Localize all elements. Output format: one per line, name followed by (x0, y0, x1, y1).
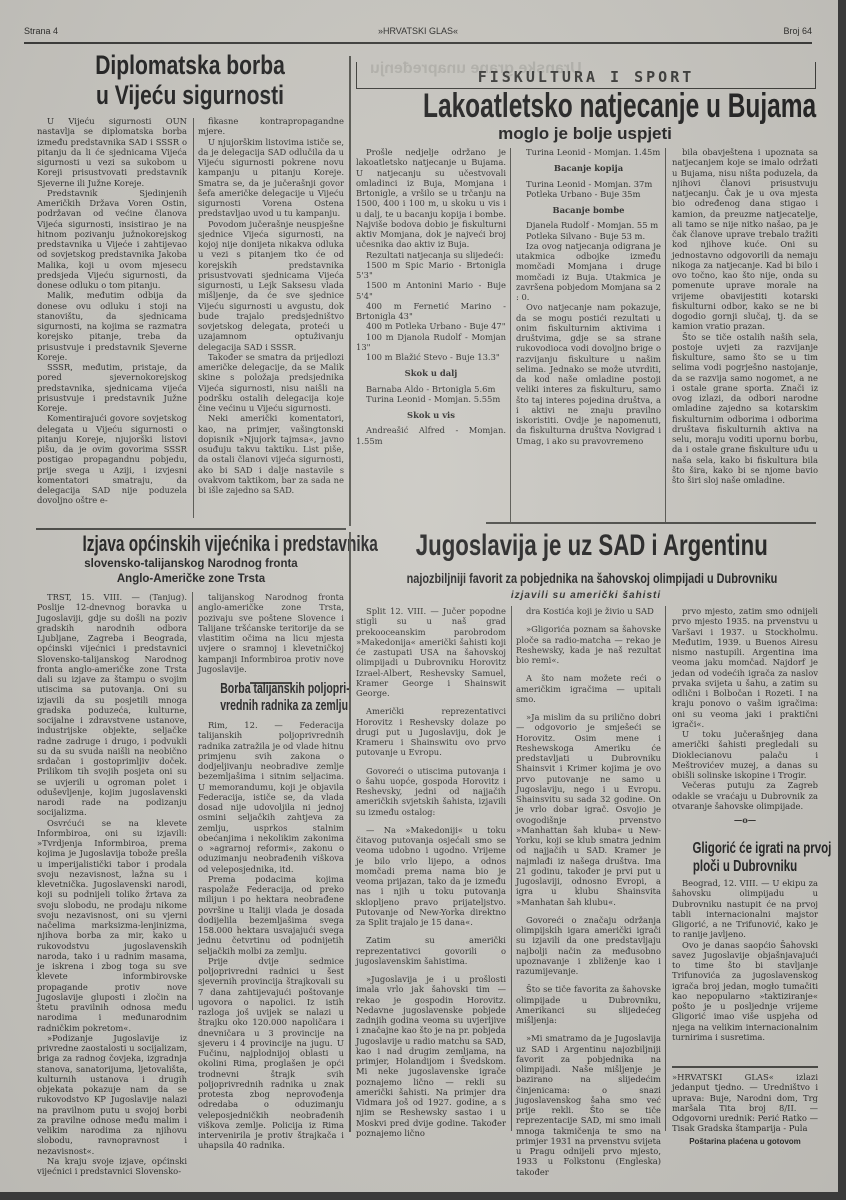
headline-line: Izjava općinskih vijećnika i predstavnik… (83, 532, 300, 556)
result-entry: 1500 m Spic Mario - Brtonigla 5'3" (356, 260, 506, 281)
paragraph: A što nam možete reći o američkim igrači… (516, 673, 661, 704)
result-entry: 1500 m Antonini Mario - Buje 5'4" (356, 280, 506, 301)
article-separator (486, 522, 816, 524)
result-entry: Potleka Urbano - Buje 35m (516, 189, 661, 199)
result-entry: Turina Leonid - Momjan. 5.55m (356, 394, 506, 404)
paragraph: U toku jučerašnjeg dana američki šahisti… (672, 729, 818, 780)
paragraph: Prema podacima kojima raspolaže Federaci… (198, 874, 344, 956)
paragraph: Predstavnik Sjedinjenih Američkih Država… (37, 188, 187, 291)
diplomacy-column-2: fikasne kontrapropagandne mjere.U njujor… (198, 116, 344, 495)
paragraph: Zatim su američki reprezentativci govori… (356, 935, 506, 966)
paragraph: Malik, međutim odbija da donese ovu odlu… (37, 290, 187, 362)
sport-column-3: bila obavještena i upoznata sa natjecanj… (672, 147, 818, 485)
headline-line: Gligorić će igrati na prvoj (692, 840, 797, 858)
column-rule (511, 606, 512, 1131)
gligoric-headline: Gligorić će igrati na prvoj ploči u Dubr… (672, 840, 818, 876)
sport-title: Lakoatletsko natjecanje u Bujama (423, 88, 747, 124)
paragraph: Komentirajući govore sovjetskog delegata… (37, 413, 187, 505)
chess-kicker: izjavili su američki šahisti (356, 590, 816, 601)
result-entry: 400 m Fernetić Marino - Brtonigla 43" (356, 301, 506, 322)
colophon-text: »HRVATSKI GLAS« izlazi jedanput tjedno. … (672, 1072, 818, 1134)
paragraph: Rezultati natjecanja su slijedeći: (356, 250, 506, 260)
chess-column-1: Split 12. VIII. — Jučer popodne stigli s… (356, 606, 506, 1138)
paragraph: »Jugoslavija je i u prošlosti imala vrlo… (356, 974, 506, 1138)
result-entry: Turina Leonid - Momjan. 1.45m (516, 147, 661, 157)
paragraph: Večeras putuju za Zagreb odakle se vraća… (672, 780, 818, 811)
result-entry: Potleka Silvano - Buje 53 m. (516, 231, 661, 241)
paragraph: talijanskog Narodnog fronta anglo-američ… (198, 592, 344, 674)
paragraph: Također se smatra da prijedlozi američke… (198, 352, 344, 414)
sport-column-2: Turina Leonid - Momjan. 1.45mBacanje kop… (516, 147, 661, 446)
paragraph: Neki američki komentatori, kao, na primj… (198, 413, 344, 495)
chess-column-3: prvo mjesto, zatim smo odnijeli prvo mje… (672, 606, 818, 825)
paragraph: U Vijeću sigurnosti OUN nastavlja se dip… (37, 116, 187, 188)
paragraph: dra Kostića koji je živio u SAD (516, 606, 661, 616)
postage-note: Poštarina plaćena u gotovom (672, 1137, 818, 1147)
chess-headline: Jugoslavija je uz SAD i Argentinu (356, 530, 816, 562)
paragraph: Što se tiče ostalih naših sela, postoje … (672, 332, 818, 486)
newspaper-page: Uranske grane unapređenju Strana 4 »HRVA… (0, 0, 838, 1192)
sport-column-1: Prošle nedjelje održano je lakoatletsko … (356, 147, 506, 446)
results-heading: Skok u vis (356, 410, 506, 420)
sport-banner: FISKULTURA I SPORT (356, 62, 816, 89)
results-heading: Bacanje bombe (516, 205, 661, 215)
headline-line: ploči u Dubrovniku (692, 858, 797, 876)
paragraph: Rim, 12. — Federacija talijanskih poljop… (198, 720, 344, 874)
paragraph: U njujorškim listovima ističe se, da je … (198, 137, 344, 219)
chess-column-2: dra Kostića koji je živio u SAD»Gligorić… (516, 606, 661, 1177)
separator-ornament: —o— (672, 815, 818, 825)
sport-headline: Lakoatletsko natjecanje u Bujama (360, 88, 810, 124)
section-rule (349, 532, 351, 1132)
trieste-column-1: TRST, 15. VIII. — (Tanjug). Poslije 12-d… (37, 592, 187, 1176)
section-rule (349, 56, 351, 526)
result-entry: Djanela Rudolf - Momjan. 55 m (516, 220, 661, 230)
trieste-headline: Izjava općinskih vijećnika i predstavnik… (36, 532, 346, 556)
paragraph: Govoreći o utiscima putovanja i o šahu u… (356, 766, 506, 817)
diplomacy-column-1: U Vijeću sigurnosti OUN nastavlja se dip… (37, 116, 187, 506)
italy-column: Rim, 12. — Federacija talijanskih poljop… (198, 720, 344, 1151)
paragraph: SSSR, međutim, pristaje, da pored sjever… (37, 362, 187, 413)
paragraph: Prošle nedjelje održano je lakoatletsko … (356, 147, 506, 250)
paragraph: bila obavještena i upoznata sa natjecanj… (672, 147, 818, 332)
headline-line: vrednih radnika za zemlju (220, 697, 324, 714)
column-rule (193, 118, 194, 518)
paragraph: Američki reprezentativci Horovitz i Resh… (356, 706, 506, 757)
headline-line: Diplomatska borba (73, 50, 307, 80)
paragraph: Na kraju svoje izjave, općinski vijećnic… (37, 1156, 187, 1177)
paragraph: Što se tiče favorita za šahovske olimpij… (516, 984, 661, 1025)
sport-banner-title: FISKULTURA I SPORT (357, 68, 815, 86)
paragraph: »Podizanje Jugoslavije iz privredne zaos… (37, 1033, 187, 1156)
article-separator (36, 528, 346, 530)
colophon: »HRVATSKI GLAS« izlazi jedanput tjedno. … (672, 1072, 818, 1147)
paragraph: TRST, 15. VIII. — (Tanjug). Poslije 12-d… (37, 592, 187, 818)
paragraph: Iza ovog natjecanja odigrana je utakmica… (516, 241, 661, 303)
masthead-rule (24, 42, 812, 44)
paragraph: prvo mjesto, zatim smo odnijeli prvo mje… (672, 606, 818, 729)
result-entry: Andreašić Alfred - Momjan. 1.55m (356, 425, 506, 446)
sport-subtitle: moglo je bolje uspjeti (360, 124, 810, 144)
chess-subtitle: najozbiljniji favorit za pobjednika na š… (407, 570, 766, 586)
result-entry: Barnaba Aldo - Brtonigla 5.6m (356, 384, 506, 394)
result-entry: 100 m Djanola Rudolf - Momjan 13" (356, 332, 506, 353)
italy-headline: Borba talijanskih poljopri- vrednih radn… (198, 680, 346, 714)
column-rule (665, 148, 666, 523)
masthead: Strana 4 »HRVATSKI GLAS« Broj 64 (24, 26, 812, 40)
paragraph: Prije dvije sedmice poljoprivredni radni… (198, 956, 344, 1151)
subheadline-line: Anglo-Američke zone Trsta (36, 572, 346, 587)
chess-title: Jugoslavija je uz SAD i Argentinu (416, 530, 756, 562)
issue-number: Broj 64 (783, 26, 812, 36)
result-entry: Turina Leonid - Momjan. 37m (516, 179, 661, 189)
paragraph: Osvrćući se na klevete Informbiroa, oni … (37, 818, 187, 1033)
paragraph: Povodom jučerašnje neuspješne sjednice V… (198, 219, 344, 352)
paragraph: »Gligorića poznam sa šahovske ploče sa r… (516, 624, 661, 665)
paragraph: »Mi smatramo da je Jugoslavija uz SAD i … (516, 1033, 661, 1177)
subheadline-line: slovensko-talijanskog Narodnog fronta (36, 557, 346, 572)
paragraph: Govoreći o značaju održanja olimpijskih … (516, 915, 661, 977)
chess-subheadline: najozbiljniji favorit za pobjednika na š… (356, 570, 816, 586)
paragraph: »Ja mislim da su prilično dobri — odgovo… (516, 712, 661, 907)
paragraph: — Na »Makedoniji« u toku čitavog putovan… (356, 825, 506, 928)
paragraph: Split 12. VIII. — Jučer popodne stigli s… (356, 606, 506, 698)
paper-name: »HRVATSKI GLAS« (24, 26, 812, 36)
trieste-subheadline: slovensko-talijanskog Narodnog fronta An… (36, 557, 346, 587)
paragraph: Ovo je danas saopćio Šahovski savez Jugo… (672, 940, 818, 1043)
gligoric-column: Beograd, 12. VIII. — U ekipu za šahovsku… (672, 878, 818, 1042)
colophon-rule (672, 1066, 818, 1068)
results-heading: Bacanje kopija (516, 163, 661, 173)
column-rule (665, 606, 666, 1131)
paragraph: fikasne kontrapropagandne mjere. (198, 116, 344, 137)
paragraph: Beograd, 12. VIII. — U ekipu za šahovsku… (672, 878, 818, 940)
column-rule (510, 148, 511, 523)
result-entry: 400 m Potleka Urbano - Buje 47" (356, 321, 506, 331)
headline-line: u Vijeću sigurnosti (73, 80, 307, 110)
paragraph: Ovo natjecanje nam pokazuje, da se mogu … (516, 302, 661, 446)
results-heading: Skok u dalj (356, 368, 506, 378)
result-entry: 100 m Blažić Stevo - Buje 13.3" (356, 352, 506, 362)
diplomacy-headline: Diplomatska borba u Vijeću sigurnosti (40, 50, 340, 110)
trieste-column-2: talijanskog Narodnog fronta anglo-američ… (198, 592, 344, 692)
column-rule (192, 592, 193, 1010)
headline-line: Borba talijanskih poljopri- (220, 680, 324, 697)
